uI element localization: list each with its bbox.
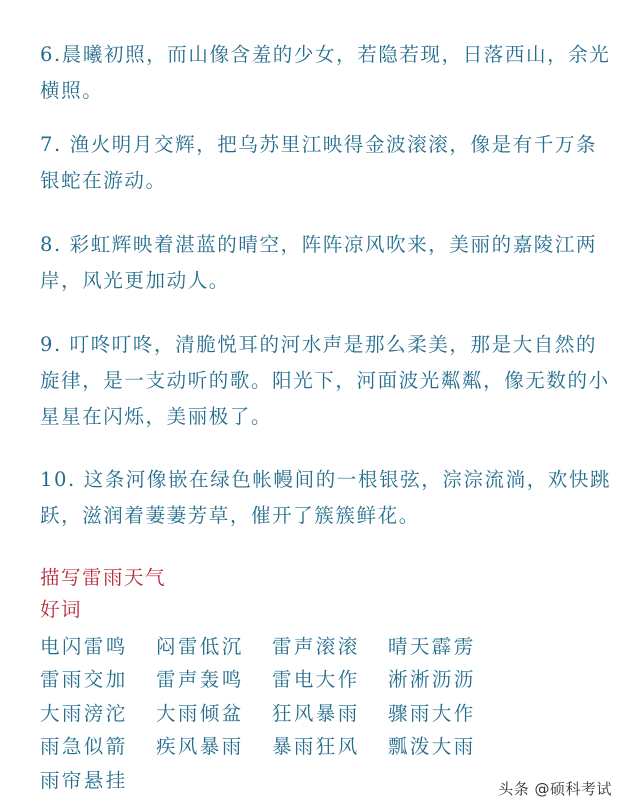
word-item: 大雨滂沱 (40, 698, 156, 726)
word-item: 淅淅沥沥 (388, 664, 504, 692)
word-item: 瓢泼大雨 (388, 731, 504, 759)
paragraph-10: 10. 这条河像嵌在绿色帐幔间的一根银弦，淙淙流淌，欢快跳跃，滋润着萋萋芳草，催… (40, 462, 615, 534)
word-item: 雷声滚滚 (272, 631, 388, 659)
word-item: 雷电大作 (272, 664, 388, 692)
section-subtitle: 好词 (40, 595, 82, 625)
word-item: 骤雨大作 (388, 698, 504, 726)
word-item: 大雨倾盆 (156, 698, 272, 726)
word-item: 晴天霹雳 (388, 631, 504, 659)
word-item: 电闪雷鸣 (40, 631, 156, 659)
word-item: 闷雷低沉 (156, 631, 272, 659)
word-item: 雷雨交加 (40, 664, 156, 692)
word-row: 电闪雷鸣 闷雷低沉 雷声滚滚 晴天霹雳 (40, 628, 540, 662)
watermark-label: 头条 @硕科考试 (498, 778, 612, 799)
word-row: 雷雨交加 雷声轰鸣 雷电大作 淅淅沥沥 (40, 662, 540, 696)
paragraph-9: 9. 叮咚叮咚，清脆悦耳的河水声是那么柔美，那是大自然的旋律，是一支动听的歌。阳… (40, 327, 615, 435)
word-row: 大雨滂沱 大雨倾盆 狂风暴雨 骤雨大作 (40, 695, 540, 729)
word-grid: 电闪雷鸣 闷雷低沉 雷声滚滚 晴天霹雳 雷雨交加 雷声轰鸣 雷电大作 淅淅沥沥 … (40, 628, 540, 796)
word-item: 雨帘悬挂 (40, 765, 156, 793)
word-item: 狂风暴雨 (272, 698, 388, 726)
section-title: 描写雷雨天气 (40, 563, 166, 593)
word-row: 雨帘悬挂 (40, 762, 540, 796)
word-item: 疾风暴雨 (156, 731, 272, 759)
paragraph-8: 8. 彩虹辉映着湛蓝的晴空，阵阵凉风吹来，美丽的嘉陵江两岸，风光更加动人。 (40, 227, 615, 299)
word-item: 雷声轰鸣 (156, 664, 272, 692)
word-item: 暴雨狂风 (272, 731, 388, 759)
word-row: 雨急似箭 疾风暴雨 暴雨狂风 瓢泼大雨 (40, 729, 540, 763)
paragraph-7: 7. 渔火明月交辉，把乌苏里江映得金波滚滚，像是有千万条银蛇在游动。 (40, 127, 615, 199)
paragraph-6: 6.晨曦初照，而山像含羞的少女，若隐若现，日落西山，余光横照。 (40, 37, 615, 109)
word-item: 雨急似箭 (40, 731, 156, 759)
